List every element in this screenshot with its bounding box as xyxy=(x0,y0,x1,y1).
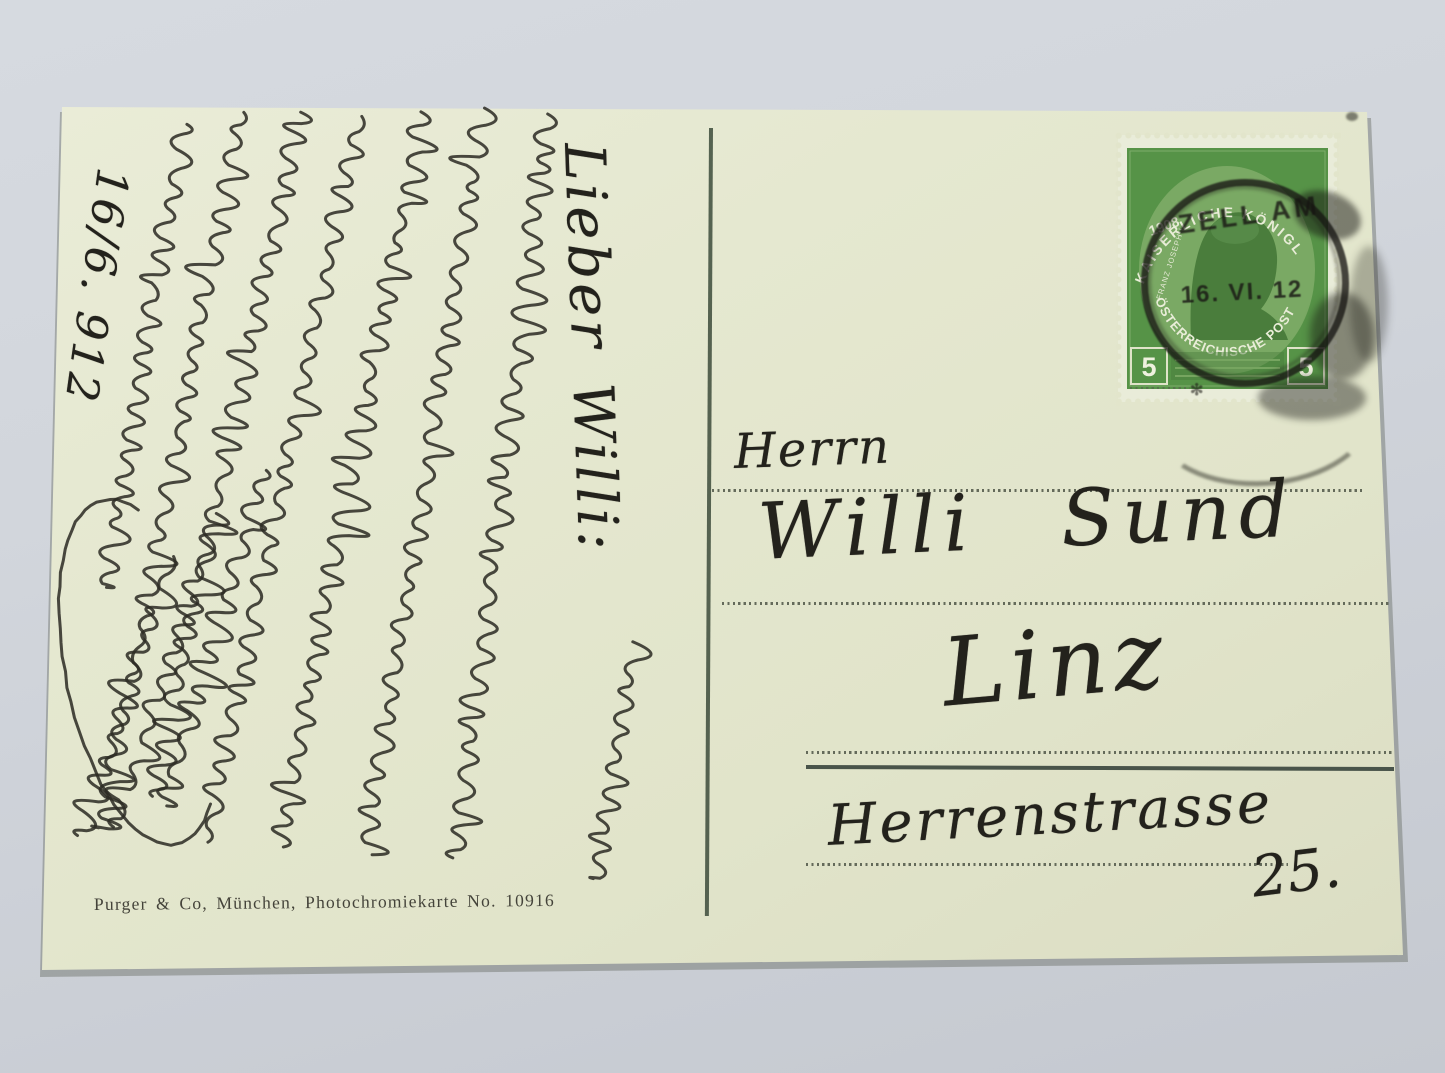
postcard-photo: Lieber Willi: 16/6. 912 Herrn Willi Sund… xyxy=(0,0,1445,1073)
card-vignette xyxy=(0,0,1445,1073)
